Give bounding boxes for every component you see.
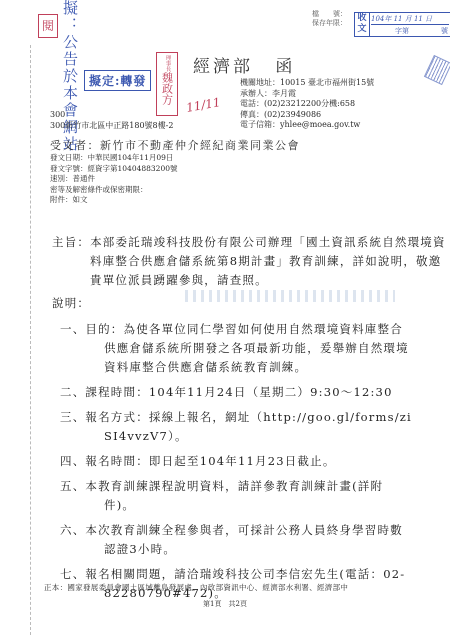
faint-seal <box>185 290 395 302</box>
issue-date: 發文日期：中華民國104年11月09日 <box>50 153 300 164</box>
barcode-stamp-icon <box>424 55 450 85</box>
explanation-item: 二、課程時間：104年11月24日（星期二）9:30～12:30 <box>60 383 412 402</box>
chairman-seal: 理事長 魏政方 <box>156 52 178 116</box>
page-number: 第1頁 共2頁 <box>0 600 450 609</box>
agency-title: 經濟部 函 <box>193 52 295 77</box>
read-seal: 閱 <box>38 14 58 38</box>
explanation-label: 說明： <box>52 294 90 313</box>
attachment: 附件：如文 <box>50 195 300 206</box>
explanation-item: 四、報名時間：即日起至104年11月23日截止。 <box>60 452 412 471</box>
subject: 主旨：本部委託瑞竣科技股份有限公司辦理「國土資訊系統自然環境資料庫整合供應倉儲系… <box>52 233 450 290</box>
archive-labels: 檔 號： 保存年限： <box>312 10 347 28</box>
recipient-address: 300 300新竹市北區中正路180號8樓-2 <box>50 110 173 131</box>
original-recipients: 正本：國家發展委員會國土區域離島發展處、內政部資訊中心、經濟部水利署、經濟部中 <box>44 583 348 594</box>
document-meta: 受文者：新竹市不動產仲介經紀商業同業公會 發文日期：中華民國104年11月09日… <box>50 138 300 206</box>
recipient: 受文者：新竹市不動產仲介經紀商業同業公會 <box>50 138 300 153</box>
explanation-item: 一、目的：為使各單位同仁學習如何使用自然環境資料庫整合供應倉儲系統所開發之各項最… <box>60 320 412 377</box>
explanation-item: 六、本次教育訓練全程參與者，可採計公務人員終身學習時數認證3小時。 <box>60 521 412 559</box>
explanation-item: 三、報名方式：採線上報名，網址（http://goo.gl/forms/ziSI… <box>60 408 412 446</box>
document-number: 發文字號：經資字第10404883200號 <box>50 164 300 175</box>
security-level: 密等及解密條件或保密期限： <box>50 185 300 196</box>
speed: 速別：普通件 <box>50 174 300 185</box>
explanation-item: 五、本教育訓練課程說明資料，請詳參教育訓練計畫(詳附件)。 <box>60 477 412 515</box>
agency-contact-info: 機關地址：10015 臺北市福州街15號 承辦人：李月霞 電話：(02)2321… <box>240 78 374 131</box>
receipt-stamp: 收 文 104年 11 月 11 日 字第 號 <box>354 12 450 37</box>
handwritten-date: 11/11 <box>185 95 221 115</box>
decision-stamp: 擬定:轉發 <box>84 70 151 91</box>
binding-line <box>30 45 31 635</box>
explanation-list: 一、目的：為使各單位同仁學習如何使用自然環境資料庫整合供應倉儲系統所開發之各項最… <box>60 320 412 603</box>
